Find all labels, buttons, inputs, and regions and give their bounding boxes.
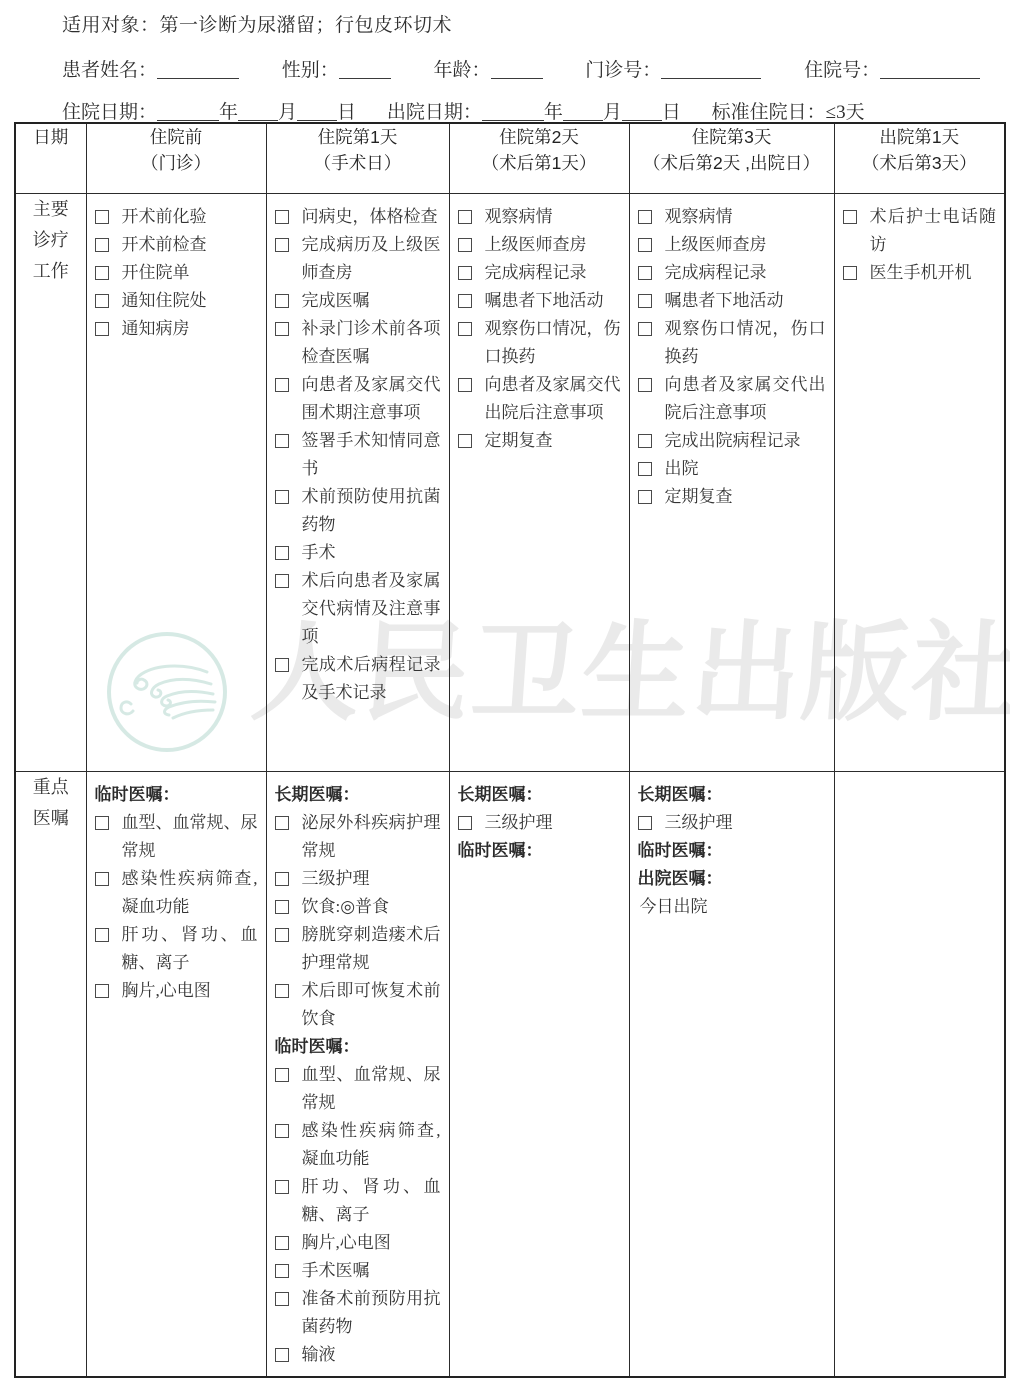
checklist-item-label: 血型、血常规、尿常规 [122,813,258,860]
admission-day-label: 日 [337,102,356,123]
table-row: 主要诊疗工作开术前化验开术前检查开住院单通知住院处通知病房问病史，体格检查完成病… [15,193,1005,771]
checklist-item-label: 胸片,心电图 [302,1233,391,1252]
pathway-cell: 观察病情上级医师查房完成病程记录嘱患者下地活动观察伤口情况，伤口换药向患者及家属… [629,193,834,771]
checklist-item-label: 签署手术知情同意书 [302,431,441,478]
checklist-item: 通知住院处 [93,287,258,315]
checkbox-icon [638,462,652,476]
checklist-item: 向患者及家属交代出院后注意事项 [636,371,826,427]
admission-date-label: 住院日期： [62,102,157,123]
checklist-item: 观察病情 [456,203,621,231]
checklist-item-label: 定期复查 [485,431,553,450]
checklist-item-label: 完成病程记录 [665,263,767,282]
admission-year-blank [157,101,219,121]
checklist-item: 观察病情 [636,203,826,231]
order-group-heading: 出院医嘱： [636,865,826,893]
checklist-item: 完成医嘱 [273,287,441,315]
checklist-item-label: 泌尿外科疾病护理常规 [302,813,441,860]
column-header-day-5: 出院第1天（术后第3天） [834,123,1005,193]
row-label-line: 医嘱 [16,803,86,834]
discharge-year-blank [482,101,544,121]
checklist-item: 血型、血常规、尿常规 [273,1061,441,1117]
checklist-item-label: 问病史，体格检查 [302,207,438,226]
checkbox-icon [275,1292,289,1306]
checklist-item-label: 手术医嘱 [302,1261,370,1280]
order-group-heading: 临时医嘱： [93,781,258,809]
checkbox-icon [275,872,289,886]
checkbox-icon [458,816,472,830]
pathway-cell: 临时医嘱：血型、血常规、尿常规感染性疾病筛查,凝血功能肝功、肾功、血糖、离子胸片… [86,771,266,1377]
checklist-item: 肝功、肾功、血糖、离子 [93,921,258,977]
checkbox-icon [275,658,289,672]
pathway-cell: 术后护士电话随访医生手机开机 [834,193,1005,771]
checklist-item: 术后护士电话随访 [841,203,997,259]
checklist-item: 完成病程记录 [456,259,621,287]
checklist-item-label: 观察伤口情况，伤口换药 [485,319,621,366]
pathway-cell: 观察病情上级医师查房完成病程记录嘱患者下地活动观察伤口情况，伤口换药向患者及家属… [449,193,629,771]
checklist-item-label: 向患者及家属交代出院后注意事项 [665,375,826,422]
checkbox-icon [458,294,472,308]
table-body: 主要诊疗工作开术前化验开术前检查开住院单通知住院处通知病房问病史，体格检查完成病… [15,193,1005,1377]
dates-line: 住院日期：年月日 出院日期：年月日 标准住院日：≤3天 [62,97,992,124]
checklist-item: 三级护理 [273,865,441,893]
checklist-item: 完成术后病程记录及手术记录 [273,651,441,707]
pathway-cell: 开术前化验开术前检查开住院单通知住院处通知病房 [86,193,266,771]
pathway-cell: 长期医嘱：三级护理临时医嘱：出院医嘱：今日出院 [629,771,834,1377]
row-label-line: 主要 [16,194,86,225]
checklist-item-label: 通知病房 [122,319,190,338]
checklist-item: 补录门诊术前各项检查医嘱 [273,315,441,371]
checklist-item-label: 输液 [302,1345,336,1364]
checkbox-icon [275,238,289,252]
checklist-item: 完成病历及上级医师查房 [273,231,441,287]
checklist-item: 血型、血常规、尿常规 [93,809,258,865]
form-header: 适用对象：第一诊断为尿潴留；行包皮环切术 患者姓名： 性别： 年龄： 门诊号： … [62,6,992,124]
checklist-item: 开术前检查 [93,231,258,259]
checkbox-icon [458,266,472,280]
column-header-line1: 住院第1天 [267,124,449,150]
checklist-item: 泌尿外科疾病护理常规 [273,809,441,865]
checklist-item-label: 嘱患者下地活动 [665,291,784,310]
checkbox-icon [275,816,289,830]
checklist-item-label: 观察伤口情况，伤口换药 [665,319,826,366]
patient-name-blank [157,59,239,79]
checklist-item-label: 嘱患者下地活动 [485,291,604,310]
pathway-cell: 长期医嘱：泌尿外科疾病护理常规三级护理饮食:◎普食膀胱穿刺造瘘术后护理常规术后即… [266,771,449,1377]
checklist-item: 医生手机开机 [841,259,997,287]
checklist-item: 向患者及家属交代围术期注意事项 [273,371,441,427]
gender-label: 性别： [282,60,339,81]
pathway-cell: 长期医嘱：三级护理临时医嘱： [449,771,629,1377]
checkbox-icon [638,378,652,392]
checkbox-icon [638,210,652,224]
checklist-item-label: 出院 [665,459,699,478]
admission-year-label: 年 [219,102,238,123]
checklist-item-label: 上级医师查房 [665,235,767,254]
checklist-item: 手术医嘱 [273,1257,441,1285]
checkbox-icon [275,294,289,308]
checklist-item: 手术 [273,539,441,567]
checklist-item: 肝功、肾功、血糖、离子 [273,1173,441,1229]
column-header-line1: 出院第1天 [835,124,1005,150]
checkbox-icon [275,900,289,914]
column-header-line1: 住院第2天 [450,124,629,150]
order-group-heading: 临时医嘱： [636,837,826,865]
document-page: 人民卫生出版社 适用对象：第一诊断为尿潴留；行包皮环切术 患者姓名： 性别： 年… [0,0,1010,1384]
standard-stay-value: ≤3天 [826,102,865,123]
checklist-item-label: 开术前检查 [122,235,207,254]
checklist-item: 定期复查 [456,427,621,455]
checkbox-icon [275,1068,289,1082]
order-group-heading: 长期医嘱： [456,781,621,809]
column-header-line2: （术后第1天） [450,150,629,176]
row-label-key-orders: 重点医嘱 [15,771,86,1377]
checklist-item-label: 补录门诊术前各项检查医嘱 [302,319,441,366]
checkbox-icon [275,1180,289,1194]
checklist-item-label: 膀胱穿刺造瘘术后护理常规 [302,925,441,972]
checklist-item-label: 胸片,心电图 [122,981,211,1000]
checkbox-icon [458,434,472,448]
discharge-day-label: 日 [662,102,681,123]
checkbox-icon [458,378,472,392]
checklist-item-label: 完成医嘱 [302,291,370,310]
checklist-item: 嘱患者下地活动 [456,287,621,315]
checkbox-icon [95,872,109,886]
checklist-item: 签署手术知情同意书 [273,427,441,483]
checklist-item-label: 三级护理 [665,813,733,832]
checkbox-icon [275,1348,289,1362]
discharge-day-blank [622,101,662,121]
checklist-item-label: 观察病情 [485,207,553,226]
inpatient-no-blank [880,59,980,79]
checklist-item-label: 通知住院处 [122,291,207,310]
checkbox-icon [458,322,472,336]
checkbox-icon [95,294,109,308]
row-label-line: 重点 [16,772,86,803]
checklist-item: 完成出院病程记录 [636,427,826,455]
column-header-day-2: 住院第1天（手术日） [266,123,449,193]
checkbox-icon [95,984,109,998]
checklist-item-label: 观察病情 [665,207,733,226]
checkbox-icon [275,574,289,588]
pathway-cell: 问病史，体格检查完成病历及上级医师查房完成医嘱补录门诊术前各项检查医嘱向患者及家… [266,193,449,771]
checkbox-icon [638,322,652,336]
checklist-item: 感染性疾病筛查,凝血功能 [93,865,258,921]
row-label-line: 诊疗 [16,225,86,256]
checkbox-icon [275,1236,289,1250]
checklist-item: 输液 [273,1341,441,1369]
discharge-month-blank [563,101,603,121]
checklist-item-label: 完成病程记录 [485,263,587,282]
checklist-item-label: 术后护士电话随访 [870,207,997,254]
checklist-item: 饮食:◎普食 [273,893,441,921]
outpatient-no-blank [661,59,761,79]
checkbox-icon [275,490,289,504]
applicable-subject-label: 适用对象： [62,15,160,36]
checklist-item-label: 开住院单 [122,263,190,282]
checklist-item-label: 术前预防使用抗菌药物 [302,487,441,534]
checklist-item-label: 感染性疾病筛查,凝血功能 [122,869,258,916]
row-label-line: 工作 [16,256,86,287]
checkbox-icon [458,238,472,252]
checkbox-icon [275,546,289,560]
checkbox-icon [638,294,652,308]
column-header-line2: （门诊） [87,150,266,176]
checkbox-icon [95,266,109,280]
inpatient-no-label: 住院号： [804,60,880,81]
admission-day-blank [297,101,337,121]
checkbox-icon [843,266,857,280]
checklist-item: 向患者及家属交代出院后注意事项 [456,371,621,427]
checklist-item-label: 三级护理 [485,813,553,832]
applicable-subject-line: 适用对象：第一诊断为尿潴留；行包皮环切术 [62,10,992,37]
checkbox-icon [95,210,109,224]
checklist-item: 通知病房 [93,315,258,343]
discharge-date-label: 出院日期： [387,102,482,123]
checklist-item: 术后向患者及家属交代病情及注意事项 [273,567,441,651]
checklist-item-label: 手术 [302,543,336,562]
discharge-year-label: 年 [544,102,563,123]
checklist-item: 术后即可恢复术前饮食 [273,977,441,1033]
column-header-day-3: 住院第2天（术后第1天） [449,123,629,193]
column-header-line2: （术后第3天） [835,150,1005,176]
checklist-item: 感染性疾病筛查,凝血功能 [273,1117,441,1173]
checklist-item-label: 完成病历及上级医师查房 [302,235,441,282]
checkbox-icon [275,984,289,998]
outpatient-no-label: 门诊号： [585,60,661,81]
checklist-item: 出院 [636,455,826,483]
checklist-item: 问病史，体格检查 [273,203,441,231]
age-label: 年龄： [434,60,491,81]
checklist-item-label: 向患者及家属交代围术期注意事项 [302,375,441,422]
admission-month-blank [238,101,278,121]
table-header-row: 日期住院前（门诊）住院第1天（手术日）住院第2天（术后第1天）住院第3天（术后第… [15,123,1005,193]
patient-name-label: 患者姓名： [62,60,157,81]
checklist-item-label: 肝功、肾功、血糖、离子 [122,925,258,972]
checklist-item: 膀胱穿刺造瘘术后护理常规 [273,921,441,977]
checkbox-icon [638,434,652,448]
checklist-item: 胸片,心电图 [273,1229,441,1257]
column-header-date: 日期 [15,123,86,193]
column-header-line1: 住院前 [87,124,266,150]
checklist-item: 观察伤口情况，伤口换药 [456,315,621,371]
admission-month-label: 月 [278,102,297,123]
checkbox-icon [95,816,109,830]
checkbox-icon [638,490,652,504]
checklist-item-label: 饮食:◎普食 [302,897,390,916]
checklist-item: 嘱患者下地活动 [636,287,826,315]
checkbox-icon [638,266,652,280]
column-header-day-4: 住院第3天（术后第2天 ,出院日） [629,123,834,193]
checklist-item: 观察伤口情况，伤口换药 [636,315,826,371]
checkbox-icon [843,210,857,224]
checkbox-icon [275,434,289,448]
gender-blank [339,59,391,79]
order-group-heading: 临时医嘱： [273,1033,441,1061]
checklist-item-label: 向患者及家属交代出院后注意事项 [485,375,621,422]
checklist-item-label: 完成出院病程记录 [665,431,801,450]
standard-stay-label: 标准住院日： [712,102,826,123]
checklist-item: 上级医师查房 [636,231,826,259]
checklist-item: 开术前化验 [93,203,258,231]
checkbox-icon [638,816,652,830]
checklist-item-label: 三级护理 [302,869,370,888]
checklist-item-label: 医生手机开机 [870,263,972,282]
checklist-item-label: 完成术后病程记录及手术记录 [302,655,441,702]
checklist-item: 上级医师查房 [456,231,621,259]
checklist-item: 术前预防使用抗菌药物 [273,483,441,539]
checklist-item: 开住院单 [93,259,258,287]
checkbox-icon [95,928,109,942]
checklist-item: 三级护理 [456,809,621,837]
checkbox-icon [95,322,109,336]
checklist-item-label: 血型、血常规、尿常规 [302,1065,441,1112]
checklist-item: 定期复查 [636,483,826,511]
checklist-item-label: 术后即可恢复术前饮食 [302,981,441,1028]
checkbox-icon [275,1124,289,1138]
checklist-item-label: 定期复查 [665,487,733,506]
checkbox-icon [95,238,109,252]
checklist-item: 准备术前预防用抗菌药物 [273,1285,441,1341]
plain-text-item: 今日出院 [636,893,826,921]
order-group-heading: 临时医嘱： [456,837,621,865]
checklist-item: 完成病程记录 [636,259,826,287]
order-group-heading: 长期医嘱： [273,781,441,809]
age-blank [491,59,543,79]
column-header-line1: 住院第3天 [630,124,834,150]
column-header-line2: （手术日） [267,150,449,176]
table-row: 重点医嘱临时医嘱：血型、血常规、尿常规感染性疾病筛查,凝血功能肝功、肾功、血糖、… [15,771,1005,1377]
checklist-item-label: 上级医师查房 [485,235,587,254]
checkbox-icon [275,1264,289,1278]
checkbox-icon [458,210,472,224]
checkbox-icon [275,210,289,224]
patient-info-line: 患者姓名： 性别： 年龄： 门诊号： 住院号： [62,55,992,82]
checkbox-icon [638,238,652,252]
checkbox-icon [275,378,289,392]
checklist-item: 胸片,心电图 [93,977,258,1005]
checklist-item: 三级护理 [636,809,826,837]
pathway-cell [834,771,1005,1377]
checkbox-icon [275,322,289,336]
column-header-line2: （术后第2天 ,出院日） [630,150,834,176]
checklist-item-label: 术后向患者及家属交代病情及注意事项 [302,571,441,646]
checklist-item-label: 肝功、肾功、血糖、离子 [302,1177,441,1224]
checklist-item-label: 感染性疾病筛查,凝血功能 [302,1121,441,1168]
clinical-pathway-table: 日期住院前（门诊）住院第1天（手术日）住院第2天（术后第1天）住院第3天（术后第… [14,122,1006,1378]
column-header-day-1: 住院前（门诊） [86,123,266,193]
discharge-month-label: 月 [603,102,622,123]
row-label-main-work: 主要诊疗工作 [15,193,86,771]
checkbox-icon [275,928,289,942]
checklist-item-label: 准备术前预防用抗菌药物 [302,1289,441,1336]
order-group-heading: 长期医嘱： [636,781,826,809]
checklist-item-label: 开术前化验 [122,207,207,226]
applicable-subject-value: 第一诊断为尿潴留；行包皮环切术 [160,15,453,36]
